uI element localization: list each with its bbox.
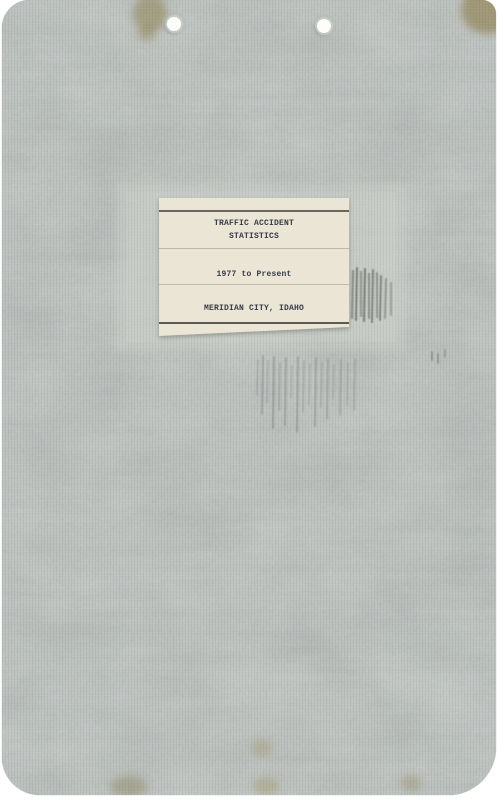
label-title-line2: STATISTICS [159, 232, 349, 241]
clipboard-metal-cover: TRAFFIC ACCIDENT STATISTICS 1977 to Pres… [2, 0, 496, 795]
punch-hole-right [317, 19, 331, 33]
label-faint-rule-1 [159, 248, 349, 249]
punch-hole-left [167, 17, 181, 31]
label-faint-rule-2 [159, 284, 349, 285]
label-location: MERIDIAN CITY, IDAHO [159, 304, 349, 313]
title-label-card: TRAFFIC ACCIDENT STATISTICS 1977 to Pres… [159, 198, 349, 336]
label-period: 1977 to Present [159, 270, 349, 279]
metal-crosshatch-overlay [2, 0, 496, 795]
title-label-card-wrap: TRAFFIC ACCIDENT STATISTICS 1977 to Pres… [159, 198, 349, 336]
label-title-line1: TRAFFIC ACCIDENT [159, 219, 349, 228]
scanned-cover-page: TRAFFIC ACCIDENT STATISTICS 1977 to Pres… [0, 0, 499, 800]
label-top-rule [159, 210, 349, 212]
label-bottom-rule [159, 322, 349, 324]
